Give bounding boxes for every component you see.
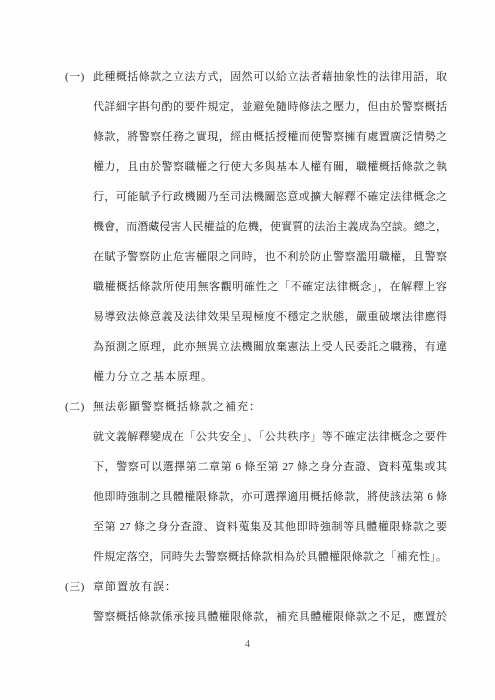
section-3-label: (三) [65,572,93,602]
section-1: (一) 此種概括條款之立法方式，固然可以給立法者藉抽象性的法律用語，取 代詳細字… [65,62,447,392]
text-line: 職權概括條款所使用無客觀明確性之「不確定法律概念」，在解釋上容 [93,272,447,302]
section-2: (二) 無法彰顯警察概括條款之補充： 就文義解釋變成在「公共安全」、「公共秩序」… [65,392,447,572]
text-line: 警察概括條款係承接具體權限條款，補充具體權限條款之不足，應置於 [93,602,447,632]
section-1-label: (一) [65,62,93,92]
text-line: 行，可能賦予行政機關乃至司法機關恣意或擴大解釋不確定法律概念之 [93,182,447,212]
document-page: (一) 此種概括條款之立法方式，固然可以給立法者藉抽象性的法律用語，取 代詳細字… [0,0,495,700]
text-line: 就文義解釋變成在「公共安全」、「公共秩序」等不確定法律概念之要件 [93,422,447,452]
text-line: 他即時強制之具體權限條款，亦可選擇適用概括條款，將使該法第 6 條 [93,482,447,512]
text-line: 機會，而潛藏侵害人民權益的危機，使實質的法治主義成為空談。總之， [93,212,447,242]
section-3-heading: (三) 章節置放有誤： [65,572,447,602]
text-line: 易導致法條意義及法律效果呈現極度不穩定之狀態，嚴重破壞法律應得 [93,302,447,332]
text-line: 下，警察可以選擇第二章第 6 條至第 27 條之身分查證、資料蒐集或其 [93,452,447,482]
text-line: 條款，將警察任務之實現，經由概括授權而使警察擁有處置廣泛情勢之 [93,122,447,152]
text-line: 在賦予警察防止危害權限之同時，也不利於防止警察濫用職權，且警察 [93,242,447,272]
section-1-first-line: (一) 此種概括條款之立法方式，固然可以給立法者藉抽象性的法律用語，取 [65,62,447,92]
section-heading: 章節置放有誤： [93,572,447,602]
section-heading: 無法彰顯警察概括條款之補充： [93,392,447,422]
text-line: 代詳細字斟句酌的要件規定，並避免隨時修法之壓力，但由於警察概括 [93,92,447,122]
section-2-label: (二) [65,392,93,422]
text-line: 此種概括條款之立法方式，固然可以給立法者藉抽象性的法律用語，取 [93,62,447,92]
text-line: 為預測之原理，此亦無異立法機關放棄憲法上受人民委託之職務，有違 [93,332,447,362]
page-number: 4 [0,638,495,652]
text-line: 權力，且由於警察職權之行使大多與基本人權有關，職權概括條款之執 [93,152,447,182]
section-2-heading: (二) 無法彰顯警察概括條款之補充： [65,392,447,422]
text-line: 至第 27 條之身分查證、資料蒐集及其他即時強制等具體權限條款之要 [93,512,447,542]
text-line: 件規定落空，同時失去警察概括條款相為於具體權限條款之「補充性」。 [93,542,447,572]
section-3: (三) 章節置放有誤： 警察概括條款係承接具體權限條款，補充具體權限條款之不足，… [65,572,447,632]
text-line: 權力分立之基本原理。 [93,362,447,392]
